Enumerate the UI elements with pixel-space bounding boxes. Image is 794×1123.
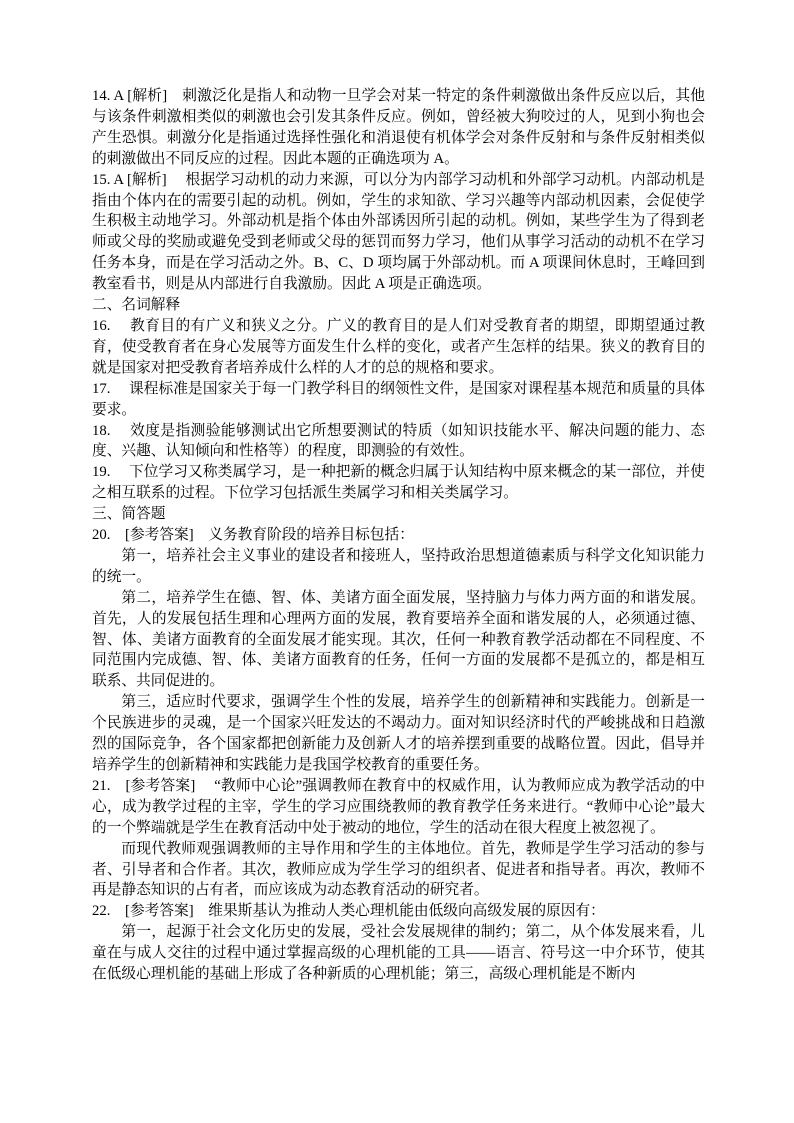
- answer-item-20-point-1: 第一，培养社会主义事业的建设者和接班人，坚持政治思想道德素质与科学文化知识能力的…: [92, 546, 705, 588]
- answer-item-20-point-2: 第二，培养学生在德、智、体、美诸方面全面发展，坚持脑力与体力两方面的和谐发展。首…: [92, 588, 705, 693]
- section-heading-glossary: 二、名词解释: [92, 295, 705, 316]
- answer-item-21: 21. [参考答案] “教师中心论”强调教师在教育中的权威作用，认为教师应成为教…: [92, 776, 705, 839]
- answer-item-21-paragraph-2: 而现代教师观强调教师的主导作用和学生的主体地位。首先，教师是学生学习活动的参与者…: [92, 839, 705, 902]
- section-heading-short-answer: 三、简答题: [92, 504, 705, 525]
- answer-item-17: 17. 课程标准是国家关于每一门教学科目的纲领性文件，是国家对课程基本规范和质量…: [92, 379, 705, 421]
- answer-item-22-intro: 22. [参考答案] 维果斯基认为推动人类心理机能由低级向高级发展的原因有：: [92, 901, 705, 922]
- answer-item-20-intro: 20. [参考答案] 义务教育阶段的培养目标包括：: [92, 525, 705, 546]
- answer-item-18: 18. 效度是指测验能够测试出它所想要测试的特质（如知识技能水平、解决问题的能力…: [92, 421, 705, 463]
- answer-item-20-point-3: 第三，适应时代要求，强调学生个性的发展，培养学生的创新精神和实践能力。创新是一个…: [92, 692, 705, 776]
- document-body: 14. A [解析] 刺激泛化是指人和动物一旦学会对某一特定的条件刺激做出条件反…: [92, 86, 705, 985]
- document-page: 14. A [解析] 刺激泛化是指人和动物一旦学会对某一特定的条件刺激做出条件反…: [0, 0, 794, 1123]
- answer-item-22-point-1: 第一，起源于社会文化历史的发展，受社会发展规律的制约；第二，从个体发展来看，儿童…: [92, 922, 705, 985]
- answer-item-19: 19. 下位学习又称类属学习，是一种把新的概念归属于认知结构中原来概念的某一部位…: [92, 462, 705, 504]
- answer-item-16: 16. 教育目的有广义和狭义之分。广义的教育目的是人们对受教育者的期望，即期望通…: [92, 316, 705, 379]
- answer-item-14: 14. A [解析] 刺激泛化是指人和动物一旦学会对某一特定的条件刺激做出条件反…: [92, 86, 705, 170]
- answer-item-15: 15. A [解析] 根据学习动机的动力来源，可以分为内部学习动机和外部学习动机…: [92, 170, 705, 295]
